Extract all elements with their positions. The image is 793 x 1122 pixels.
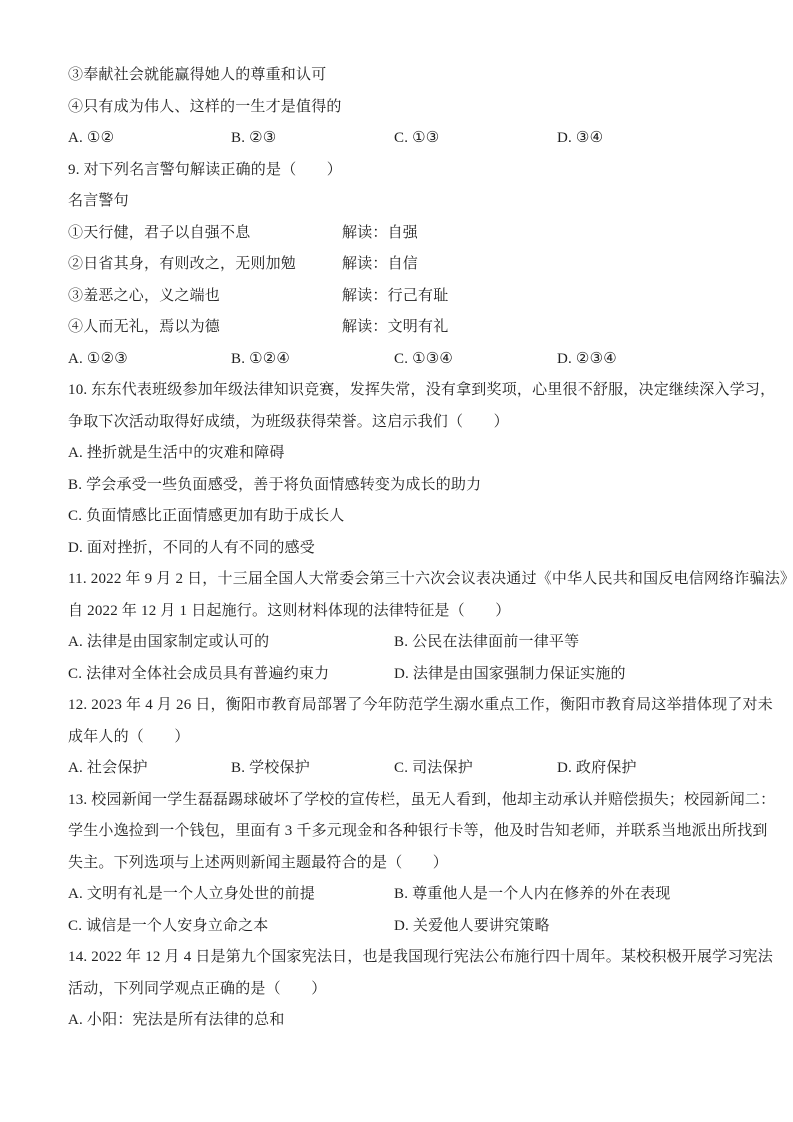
q8-statement-4: ④只有成为伟人、这样的一生才是值得的 [68,92,728,124]
q10-option-a-text: A. 挫折就是生活中的灾难和障碍 [68,445,285,461]
q13-option-c: C. 诚信是一个人安身立命之本 [68,911,269,943]
q9-options-row: A. ①②③ B. ①②④ C. ①③④ D. ②③④ [68,344,728,376]
q12-stem-line-1-text: 12. 2023 年 4 月 26 日，衡阳市教育局部署了今年防范学生溺水重点工… [68,697,773,713]
q14-option-a-text: A. 小阳：宪法是所有法律的总和 [68,1012,285,1028]
q8-options-row: A. ①② B. ②③ C. ①③ D. ③④ [68,123,728,155]
q8-statement-4-text: ④只有成为伟人、这样的一生才是值得的 [68,99,342,115]
q12-option-d: D. 政府保护 [557,753,637,785]
q10-option-d: D. 面对挫折，不同的人有不同的感受 [68,533,728,565]
q14-stem-line-1: 14. 2022 年 12 月 4 日是第九个国家宪法日，也是我国现行宪法公布施… [68,942,728,974]
q11-options-row-1: A. 法律是由国家制定或认可的 B. 公民在法律面前一律平等 [68,627,728,659]
q9-row-3: ③羞恶之心，义之端也 解读：行己有耻 [68,281,728,313]
q14-option-a: A. 小阳：宪法是所有法律的总和 [68,1005,728,1037]
q8-option-d: D. ③④ [557,123,603,155]
q13-stem-line-1: 13. 校园新闻一学生磊磊踢球破坏了学校的宣传栏，虽无人看到，他却主动承认并赔偿… [68,785,728,817]
q9-option-a: A. ①②③ [68,344,128,376]
q10-stem-line-2: 争取下次活动取得好成绩，为班级获得荣誉。这启示我们（ ） [68,407,728,439]
q11-options-row-2: C. 法律对全体社会成员具有普遍约束力 D. 法律是由国家强制力保证实施的 [68,659,728,691]
q12-stem-line-1: 12. 2023 年 4 月 26 日，衡阳市教育局部署了今年防范学生溺水重点工… [68,690,728,722]
q14-stem-line-2-text: 活动，下列同学观点正确的是（ ） [68,981,326,997]
q9-row-1: ①天行健，君子以自强不息 解读：自强 [68,218,728,250]
q9-row-2-quote: ②日省其身，有则改之，无则加勉 [68,249,296,281]
q10-stem-line-2-text: 争取下次活动取得好成绩，为班级获得荣誉。这启示我们（ ） [68,414,509,430]
q13-options-row-2: C. 诚信是一个人安身立命之本 D. 关爱他人要讲究策略 [68,911,728,943]
q11-option-c: C. 法律对全体社会成员具有普遍约束力 [68,659,329,691]
q9-row-1-interpretation: 解读：自强 [342,218,418,250]
q11-option-b: B. 公民在法律面前一律平等 [394,627,579,659]
q10-option-c-text: C. 负面情感比正面情感更加有助于成长人 [68,508,345,524]
q8-statement-3-text: ③奉献社会就能赢得她人的尊重和认可 [68,67,326,83]
q8-statement-3: ③奉献社会就能赢得她人的尊重和认可 [68,60,728,92]
q14-stem-line-1-text: 14. 2022 年 12 月 4 日是第九个国家宪法日，也是我国现行宪法公布施… [68,949,773,965]
q8-option-c: C. ①③ [394,123,439,155]
q8-option-a: A. ①② [68,123,114,155]
q11-option-a: A. 法律是由国家制定或认可的 [68,627,269,659]
q10-option-b-text: B. 学会承受一些负面感受，善于将负面情感转变为成长的助力 [68,477,481,493]
q9-row-2-interpretation: 解读：自信 [342,249,418,281]
q11-stem-line-2-text: 自 2022 年 12 月 1 日起施行。这则材料体现的法律特征是（ ） [68,603,510,619]
q11-option-d: D. 法律是由国家强制力保证实施的 [394,659,626,691]
q9-option-c: C. ①③④ [394,344,453,376]
q11-stem-line-2: 自 2022 年 12 月 1 日起施行。这则材料体现的法律特征是（ ） [68,596,728,628]
q9-option-d: D. ②③④ [557,344,617,376]
q12-stem-line-2-text: 成年人的（ ） [68,729,190,745]
q9-stem-text: 9. 对下列名言警句解读正确的是（ ） [68,162,342,178]
q11-stem-line-1: 11. 2022 年 9 月 2 日，十三届全国人大常委会第三十六次会议表决通过… [68,564,728,596]
q14-stem-line-2: 活动，下列同学观点正确的是（ ） [68,974,728,1006]
q10-option-a: A. 挫折就是生活中的灾难和障碍 [68,438,728,470]
q9-table-label-text: 名言警句 [68,193,129,209]
q13-stem-line-2-text: 学生小逸捡到一个钱包，里面有 3 千多元现金和各种银行卡等，他及时告知老师，并联… [68,823,768,839]
q13-stem-line-3: 失主。下列选项与上述两则新闻主题最符合的是（ ） [68,848,728,880]
q13-option-a: A. 文明有礼是一个人立身处世的前提 [68,879,315,911]
q13-stem-line-2: 学生小逸捡到一个钱包，里面有 3 千多元现金和各种银行卡等，他及时告知老师，并联… [68,816,728,848]
q13-option-b: B. 尊重他人是一个人内在修养的外在表现 [394,879,671,911]
exam-body: ③奉献社会就能赢得她人的尊重和认可 ④只有成为伟人、这样的一生才是值得的 A. … [68,60,728,1037]
q13-option-d: D. 关爱他人要讲究策略 [394,911,550,943]
q13-options-row-1: A. 文明有礼是一个人立身处世的前提 B. 尊重他人是一个人内在修养的外在表现 [68,879,728,911]
exam-page: ③奉献社会就能赢得她人的尊重和认可 ④只有成为伟人、这样的一生才是值得的 A. … [0,0,793,1122]
q13-stem-line-1-text: 13. 校园新闻一学生磊磊踢球破坏了学校的宣传栏，虽无人看到，他却主动承认并赔偿… [68,792,775,808]
q13-stem-line-3-text: 失主。下列选项与上述两则新闻主题最符合的是（ ） [68,855,448,871]
q8-option-b: B. ②③ [231,123,276,155]
q9-row-3-quote: ③羞恶之心，义之端也 [68,281,220,313]
q10-option-b: B. 学会承受一些负面感受，善于将负面情感转变为成长的助力 [68,470,728,502]
q12-option-c: C. 司法保护 [394,753,473,785]
q12-stem-line-2: 成年人的（ ） [68,722,728,754]
q9-row-4-quote: ④人而无礼，焉以为德 [68,312,220,344]
q12-option-a: A. 社会保护 [68,753,148,785]
q11-stem-line-1-text: 11. 2022 年 9 月 2 日，十三届全国人大常委会第三十六次会议表决通过… [68,571,793,587]
q9-row-4: ④人而无礼，焉以为德 解读：文明有礼 [68,312,728,344]
q10-stem-line-1-text: 10. 东东代表班级参加年级法律知识竞赛，发挥失常，没有拿到奖项，心里很不舒服，… [68,382,775,398]
q10-option-c: C. 负面情感比正面情感更加有助于成长人 [68,501,728,533]
q9-row-1-quote: ①天行健，君子以自强不息 [68,218,250,250]
q9-row-3-interpretation: 解读：行己有耻 [342,281,448,313]
q10-option-d-text: D. 面对挫折，不同的人有不同的感受 [68,540,315,556]
q12-options-row: A. 社会保护 B. 学校保护 C. 司法保护 D. 政府保护 [68,753,728,785]
q12-option-b: B. 学校保护 [231,753,310,785]
q9-row-2: ②日省其身，有则改之，无则加勉 解读：自信 [68,249,728,281]
q9-option-b: B. ①②④ [231,344,290,376]
q10-stem-line-1: 10. 东东代表班级参加年级法律知识竞赛，发挥失常，没有拿到奖项，心里很不舒服，… [68,375,728,407]
q9-row-4-interpretation: 解读：文明有礼 [342,312,448,344]
q9-table-label: 名言警句 [68,186,728,218]
q9-stem: 9. 对下列名言警句解读正确的是（ ） [68,155,728,187]
